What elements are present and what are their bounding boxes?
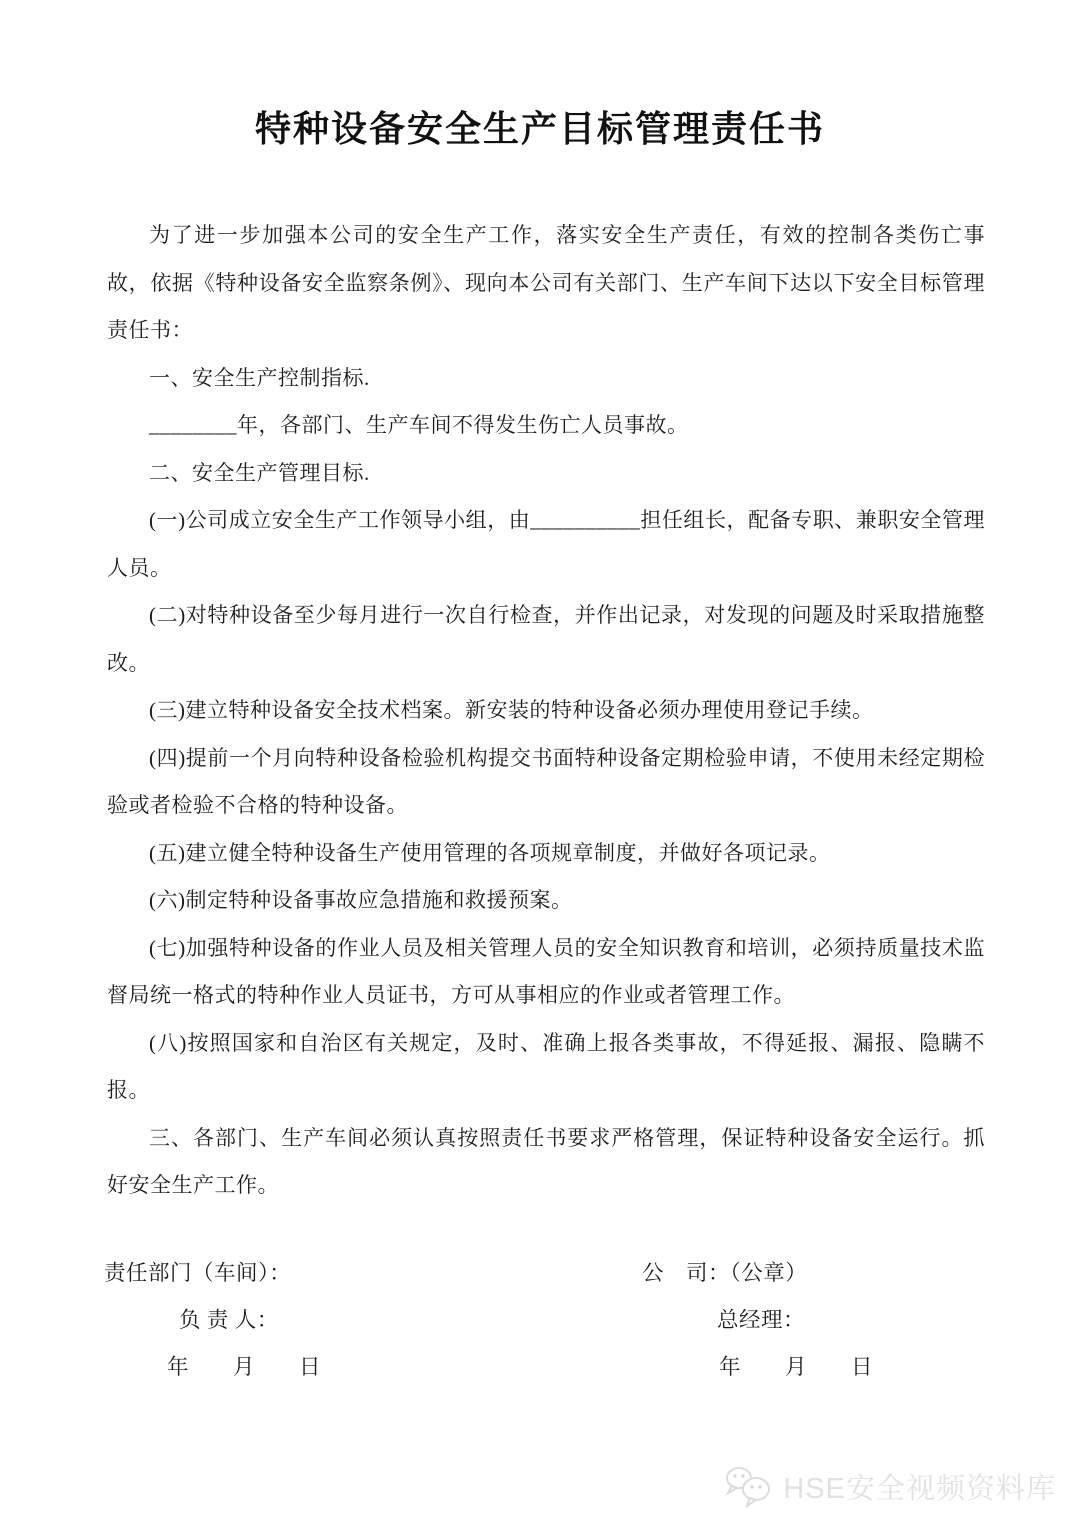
- paragraph-item-8: (八)按照国家和自治区有关规定，及时、准确上报各类事故，不得延报、漏报、隐瞒不报…: [107, 1020, 985, 1115]
- paragraph-item-4: (四)提前一个月向特种设备检验机构提交书面特种设备定期检验申请，不使用未经定期检…: [107, 735, 985, 830]
- document-title: 特种设备安全生产目标管理责任书: [0, 0, 1080, 152]
- paragraph-item-5: (五)建立健全特种设备生产使用管理的各项规章制度，并做好各项记录。: [107, 830, 985, 878]
- heading-section-3: 三、各部门、生产车间必须认真按照责任书要求严格管理，保证特种设备安全运行。抓好安…: [107, 1115, 985, 1210]
- sig-person-label: 负 责 人：: [104, 1297, 717, 1344]
- sig-company-label: 公 司：（公章）: [642, 1250, 984, 1297]
- paragraph-item-6: (六)制定特种设备事故应急措施和救援预案。: [107, 877, 985, 925]
- wechat-icon: [723, 1464, 775, 1508]
- heading-section-2: 二、安全生产管理目标.: [107, 450, 985, 498]
- paragraph-item-2: (二)对特种设备至少每月进行一次自行检查，并作出记录，对发现的问题及时采取措施整…: [107, 592, 985, 687]
- sig-date-left: 年 月 日: [104, 1344, 705, 1391]
- document-page: 特种设备安全生产目标管理责任书 为了进一步加强本公司的安全生产工作，落实安全生产…: [0, 0, 1080, 1528]
- signature-row-2: 负 责 人： 总经理：: [104, 1297, 984, 1344]
- sig-date-right: 年 月 日: [705, 1344, 984, 1391]
- document-body: 为了进一步加强本公司的安全生产工作，落实安全生产责任，有效的控制各类伤亡事故，依…: [107, 212, 985, 1210]
- sig-department-label: 责任部门（车间）：: [104, 1250, 642, 1297]
- paragraph-item-7: (七)加强特种设备的作业人员及相关管理人员的安全知识教育和培训，必须持质量技术监…: [107, 925, 985, 1020]
- paragraph-intro: 为了进一步加强本公司的安全生产工作，落实安全生产责任，有效的控制各类伤亡事故，依…: [107, 212, 985, 355]
- signature-block: 责任部门（车间）： 公 司：（公章） 负 责 人： 总经理： 年 月 日 年 月…: [104, 1250, 984, 1391]
- sig-manager-label: 总经理：: [717, 1297, 984, 1344]
- paragraph-year-blank: ________年，各部门、生产车间不得发生伤亡人员事故。: [107, 402, 985, 450]
- heading-section-1: 一、安全生产控制指标.: [107, 355, 985, 403]
- watermark-text: HSE安全视频资料库: [783, 1466, 1056, 1507]
- paragraph-item-1: (一)公司成立安全生产工作领导小组，由__________担任组长，配备专职、兼…: [107, 497, 985, 592]
- watermark: HSE安全视频资料库: [723, 1464, 1056, 1508]
- paragraph-item-3: (三)建立特种设备安全技术档案。新安装的特种设备必须办理使用登记手续。: [107, 687, 985, 735]
- signature-row-1: 责任部门（车间）： 公 司：（公章）: [104, 1250, 984, 1297]
- signature-row-3: 年 月 日 年 月 日: [104, 1344, 984, 1391]
